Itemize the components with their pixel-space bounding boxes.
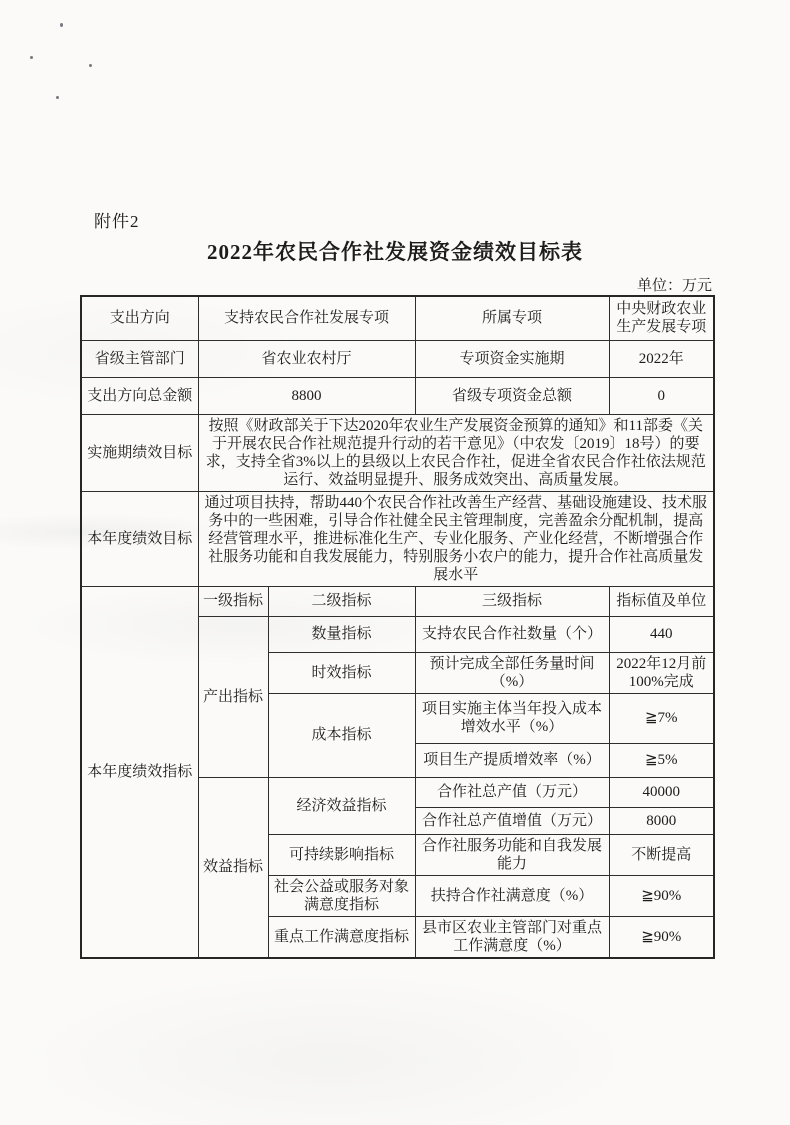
spending-direction-label: 支出方向 [81, 296, 198, 340]
document-title: 2022年农民合作社发展资金绩效目标表 [0, 236, 790, 266]
table-row: 支出方向总金额 8800 省级专项资金总额 0 [81, 377, 714, 414]
indicator-level3: 扶持合作社满意度（%） [415, 875, 609, 916]
fund-period-value: 2022年 [609, 340, 714, 377]
attachment-label: 附件2 [94, 207, 140, 232]
scan-speck [89, 64, 92, 67]
spending-direction-value: 支持农民合作社发展专项 [198, 296, 415, 340]
indicator-level2: 数量指标 [268, 616, 415, 652]
indicator-level2: 重点工作满意度指标 [268, 916, 415, 958]
indicator-level3: 支持农民合作社数量（个） [415, 616, 609, 652]
parent-program-label: 所属专项 [415, 296, 609, 340]
indicator-level3: 预计完成全部任务量时间（%） [415, 652, 609, 693]
indicator-level2: 社会公益或服务对象满意度指标 [268, 875, 415, 916]
table-row: 支出方向 支持农民合作社发展专项 所属专项 中央财政农业生产发展专项 [81, 296, 714, 340]
indicator-level3: 县市区农业主管部门对重点工作满意度（%） [415, 916, 609, 958]
performance-target-table: 支出方向 支持农民合作社发展专项 所属专项 中央财政农业生产发展专项 省级主管部… [80, 295, 715, 959]
indicator-value: ≧7% [609, 693, 714, 743]
indicator-level2: 时效指标 [268, 652, 415, 693]
unit-note: 单位：万元 [637, 274, 712, 295]
provincial-dept-label: 省级主管部门 [81, 340, 198, 377]
indicator-level3: 合作社总产值（万元） [415, 777, 609, 807]
table-row: 实施期绩效目标 按照《财政部关于下达2020年农业生产发展资金预算的通知》和11… [81, 414, 714, 491]
header-level1: 一级指标 [198, 586, 268, 616]
header-level2: 二级指标 [268, 586, 415, 616]
scan-speck [60, 23, 63, 27]
provincial-fund-total-label: 省级专项资金总额 [415, 377, 609, 414]
indicator-value: ≧5% [609, 743, 714, 777]
indicator-level3: 合作社服务功能和自我发展能力 [415, 834, 609, 875]
annual-indicators-section-label: 本年度绩效指标 [81, 586, 198, 958]
scan-speck [56, 96, 59, 99]
indicator-level3: 合作社总产值增值（万元） [415, 807, 609, 834]
provincial-fund-total-value: 0 [609, 377, 714, 414]
scan-speck [30, 56, 33, 59]
indicator-level3: 项目实施主体当年投入成本增效水平（%） [415, 693, 609, 743]
annual-goal-text: 通过项目扶持，帮助440个农民合作社改善生产经营、基础设施建设、技术服务中的一些… [198, 491, 714, 586]
indicator-header-row: 本年度绩效指标 一级指标 二级指标 三级指标 指标值及单位 [81, 586, 714, 616]
group-benefit-indicators: 效益指标 [198, 777, 268, 958]
header-level3: 三级指标 [415, 586, 609, 616]
indicator-level3: 项目生产提质增效率（%） [415, 743, 609, 777]
parent-program-value: 中央财政农业生产发展专项 [609, 296, 714, 340]
indicator-value: 8000 [609, 807, 714, 834]
indicator-level2: 成本指标 [268, 693, 415, 777]
table-row: 本年度绩效目标 通过项目扶持，帮助440个农民合作社改善生产经营、基础设施建设、… [81, 491, 714, 586]
provincial-dept-value: 省农业农村厅 [198, 340, 415, 377]
indicator-value: 2022年12月前100%完成 [609, 652, 714, 693]
group-output-indicators: 产出指标 [198, 616, 268, 777]
indicator-value: ≧90% [609, 875, 714, 916]
scanned-document-page: 附件2 2022年农民合作社发展资金绩效目标表 单位：万元 支出方向 支持农民合… [0, 0, 790, 1125]
period-goal-label: 实施期绩效目标 [81, 414, 198, 491]
total-amount-label: 支出方向总金额 [81, 377, 198, 414]
table-row: 省级主管部门 省农业农村厅 专项资金实施期 2022年 [81, 340, 714, 377]
indicator-value: 440 [609, 616, 714, 652]
indicator-value: 不断提高 [609, 834, 714, 875]
indicator-level2: 可持续影响指标 [268, 834, 415, 875]
total-amount-value: 8800 [198, 377, 415, 414]
indicator-value: 40000 [609, 777, 714, 807]
period-goal-text: 按照《财政部关于下达2020年农业生产发展资金预算的通知》和11部委《关于开展农… [198, 414, 714, 491]
annual-goal-label: 本年度绩效目标 [81, 491, 198, 586]
indicator-level2: 经济效益指标 [268, 777, 415, 834]
indicator-value: ≧90% [609, 916, 714, 958]
fund-period-label: 专项资金实施期 [415, 340, 609, 377]
header-value-unit: 指标值及单位 [609, 586, 714, 616]
